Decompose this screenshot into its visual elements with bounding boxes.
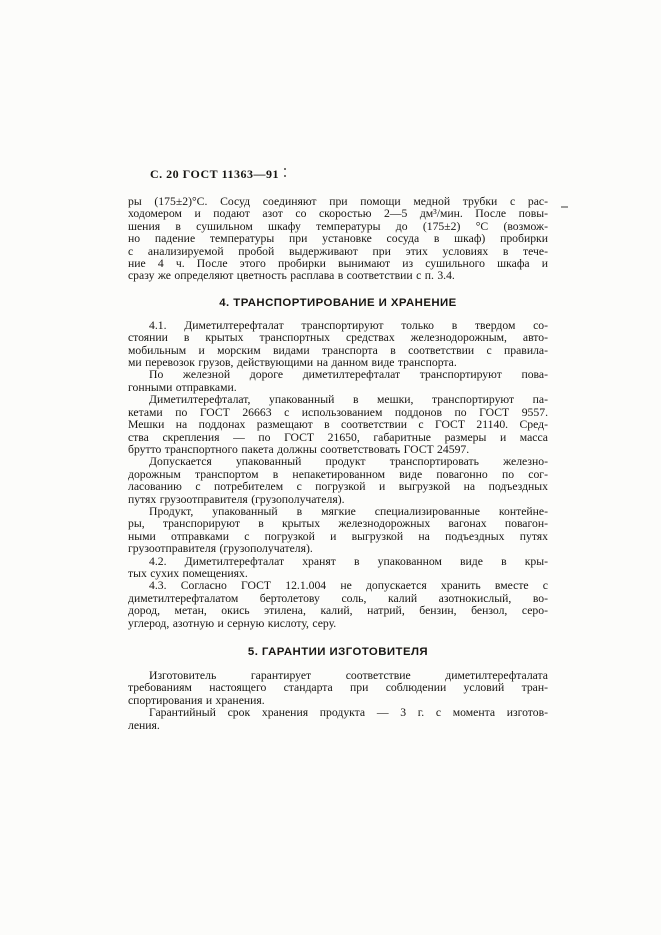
text-line: дород, метан, окись этилена, калий, натр… [128, 605, 548, 617]
text-line: сразу же определяют цветность расплава в… [128, 270, 548, 282]
paragraph-unpackaged-transport: Допускается упакованный продукт транспор… [128, 456, 548, 506]
paragraph-bag-packages: Диметилтерефталат, упакованный в мешки, … [128, 394, 548, 456]
text-line: ходомером и подают азот со скоростью 2—5… [128, 208, 548, 220]
paragraph-soft-containers: Продукт, упакованный в мягкие специализи… [128, 506, 548, 556]
text-line: По железной дороге диметилтерефталат тра… [128, 369, 548, 381]
text-line: требованиям настоящего стандарта при соб… [128, 682, 548, 694]
text-line: углерод, азотную и серную кислоту, серу. [128, 618, 548, 630]
text-line: ры, транспорируют в крытых железнодорожн… [128, 518, 548, 530]
text-line: Допускается упакованный продукт транспор… [128, 456, 548, 468]
scan-artifact [561, 206, 568, 208]
paragraph-continuation: ры (175±2)°С. Сосуд соединяют при помощи… [128, 196, 548, 283]
text-line: ласованию с потребителем с погрузкой и в… [128, 481, 548, 493]
text-line: 4.3. Согласно ГОСТ 12.1.004 не допускает… [128, 580, 548, 592]
page-header: С. 20 ГОСТ 11363—91 [150, 168, 548, 181]
text-column: С. 20 ГОСТ 11363—91 ры (175±2)°С. Сосуд … [128, 168, 548, 732]
text-line: Диметилтерефталат, упакованный в мешки, … [128, 394, 548, 406]
paragraph-4-1: 4.1. Диметилтерефталат транспортируют то… [128, 320, 548, 370]
section-4-heading: 4. ТРАНСПОРТИРОВАНИЕ И ХРАНЕНИЕ [128, 297, 548, 310]
text-line: ления. [128, 720, 548, 732]
paragraph-shelf-life: Гарантийный срок хранения продукта — 3 г… [128, 707, 548, 732]
text-line: стоянии в крытых транспортных средствах … [128, 332, 548, 344]
text-line: но падение температуры при установке сос… [128, 233, 548, 245]
paragraph-rail-shipments: По железной дороге диметилтерефталат тра… [128, 369, 548, 394]
document-page: С. 20 ГОСТ 11363—91 ры (175±2)°С. Сосуд … [0, 0, 661, 935]
text-line: Гарантийный срок хранения продукта — 3 г… [128, 707, 548, 719]
scan-artifact [284, 167, 286, 178]
paragraph-guarantee: Изготовитель гарантирует соответствие ди… [128, 670, 548, 707]
paragraph-4-3: 4.3. Согласно ГОСТ 12.1.004 не допускает… [128, 580, 548, 630]
text-line: грузоотправителя (грузополучателя). [128, 543, 548, 555]
section-5-heading: 5. ГАРАНТИИ ИЗГОТОВИТЕЛЯ [128, 646, 548, 659]
paragraph-4-2: 4.2. Диметилтерефталат хранят в упакован… [128, 556, 548, 581]
text-line: Мешки на поддонах размещают в соответств… [128, 419, 548, 431]
